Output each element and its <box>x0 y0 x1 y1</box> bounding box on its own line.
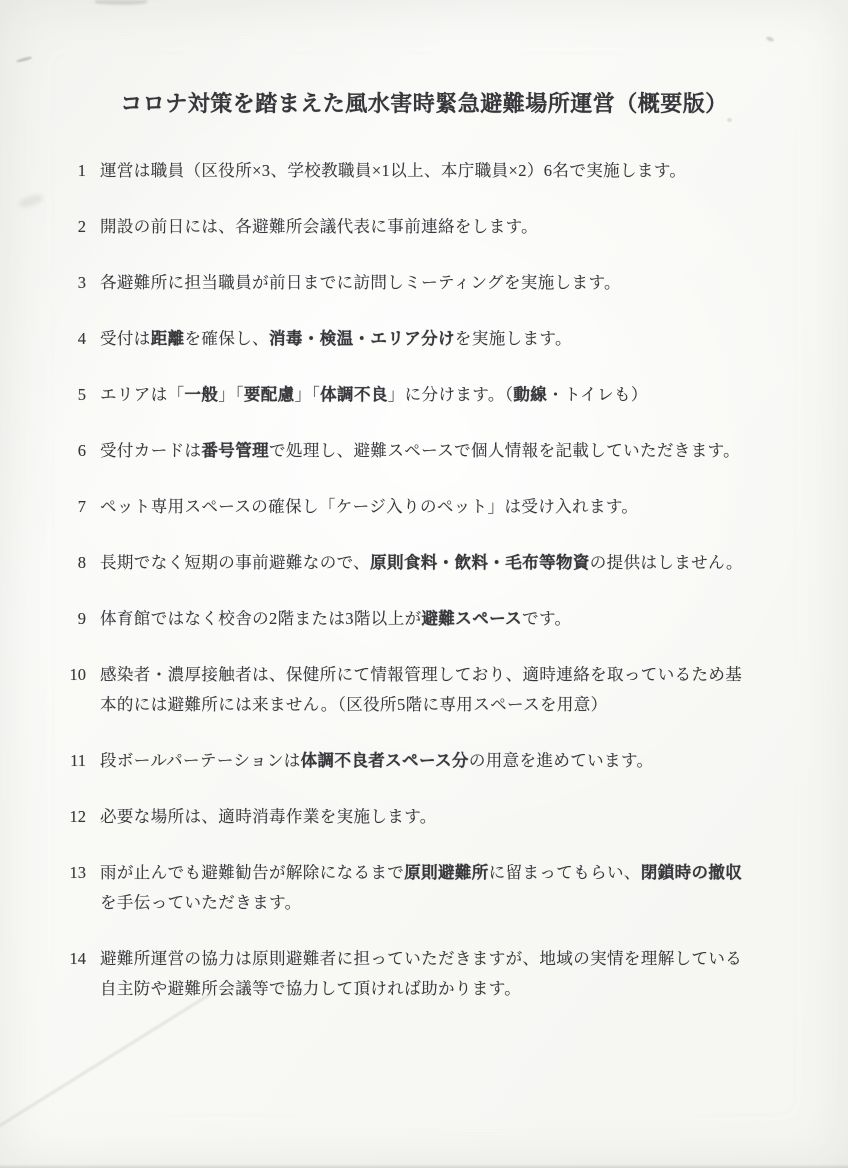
emphasized-text: 一般 <box>185 385 219 404</box>
item-number: 1 <box>60 156 86 186</box>
item-number: 13 <box>60 858 86 888</box>
text-segment: ・トイレも） <box>547 385 648 404</box>
scan-crease <box>0 993 211 1132</box>
item-text: 必要な場所は、適時消毒作業を実施します。 <box>100 802 758 832</box>
text-segment: です。 <box>522 609 571 628</box>
emphasized-text: 距離 <box>151 329 185 348</box>
item-text: 段ボールパーテーションは体調不良者スペース分の用意を進めています。 <box>100 746 758 776</box>
text-segment: 体育館ではなく校舎の2階または3階以上が <box>100 609 422 628</box>
text-segment: に留まってもらい、 <box>489 863 641 882</box>
item-list: 1運営は職員（区役所×3、学校教職員×1以上、本庁職員×2）6名で実施します。2… <box>0 156 848 1004</box>
text-segment: 受付は <box>100 329 151 348</box>
item-text: 雨が止んでも避難勧告が解除になるまで原則避難所に留まってもらい、閉鎖時の撤収を手… <box>100 858 758 918</box>
text-segment: 雨が止んでも避難勧告が解除になるまで <box>100 863 404 882</box>
list-item: 7ペット専用スペースの確保し「ケージ入りのペット」は受け入れます。 <box>60 492 848 522</box>
item-number: 4 <box>60 324 86 354</box>
list-item: 2開設の前日には、各避難所会議代表に事前連絡をします。 <box>60 212 848 242</box>
emphasized-text: 原則食料・飲料・毛布等物資 <box>370 553 590 572</box>
text-segment: の用意を進めています。 <box>469 751 654 770</box>
item-text: 開設の前日には、各避難所会議代表に事前連絡をします。 <box>100 212 758 242</box>
item-number: 5 <box>60 380 86 410</box>
text-segment: 受付カードは <box>100 441 201 460</box>
item-number: 9 <box>60 604 86 634</box>
item-number: 7 <box>60 492 86 522</box>
list-item: 5エリアは「一般」「要配慮」「体調不良」に分けます。（動線・トイレも） <box>60 380 848 410</box>
list-item: 9体育館ではなく校舎の2階または3階以上が避難スペースです。 <box>60 604 848 634</box>
item-number: 12 <box>60 802 86 832</box>
emphasized-text: 要配慮 <box>244 385 295 404</box>
text-segment: で処理し、避難スペースで個人情報を記載していただきます。 <box>269 441 740 460</box>
item-text: 避難所運営の協力は原則避難者に担っていただきますが、地域の実情を理解している自主… <box>100 944 758 1004</box>
item-text: 受付は距離を確保し、消毒・検温・エリア分けを実施します。 <box>100 324 758 354</box>
text-segment: を実施します。 <box>455 329 572 348</box>
item-number: 8 <box>60 548 86 578</box>
text-segment: 必要な場所は、適時消毒作業を実施します。 <box>100 807 437 826</box>
list-item: 1運営は職員（区役所×3、学校教職員×1以上、本庁職員×2）6名で実施します。 <box>60 156 848 186</box>
text-segment: 感染者・濃厚接触者は、保健所にて情報管理しており、適時連絡を取っているため基本的… <box>100 665 742 714</box>
item-text: 感染者・濃厚接触者は、保健所にて情報管理しており、適時連絡を取っているため基本的… <box>100 660 758 720</box>
item-number: 11 <box>60 746 86 776</box>
text-segment: を手伝っていただきます。 <box>100 893 301 912</box>
text-segment: 開設の前日には、各避難所会議代表に事前連絡をします。 <box>100 217 538 236</box>
item-text: 長期でなく短期の事前避難なので、原則食料・飲料・毛布等物資の提供はしません。 <box>100 548 758 578</box>
emphasized-text: 体調不良 <box>320 385 388 404</box>
text-segment: エリアは「 <box>100 385 185 404</box>
emphasized-text: 閉鎖時の撤収 <box>641 863 742 882</box>
list-item: 3各避難所に担当職員が前日までに訪問しミーティングを実施します。 <box>60 268 848 298</box>
text-segment: 避難所運営の協力は原則避難者に担っていただきますが、地域の実情を理解している自主… <box>100 949 742 998</box>
text-segment: 段ボールパーテーションは <box>100 751 301 770</box>
text-segment: 」に分けます。（ <box>388 385 514 404</box>
list-item: 12必要な場所は、適時消毒作業を実施します。 <box>60 802 848 832</box>
list-item: 13雨が止んでも避難勧告が解除になるまで原則避難所に留まってもらい、閉鎖時の撤収… <box>60 858 848 918</box>
list-item: 10感染者・濃厚接触者は、保健所にて情報管理しており、適時連絡を取っているため基… <box>60 660 848 720</box>
text-segment: 各避難所に担当職員が前日までに訪問しミーティングを実施します。 <box>100 273 621 292</box>
list-item: 11段ボールパーテーションは体調不良者スペース分の用意を進めています。 <box>60 746 848 776</box>
emphasized-text: 避難スペース <box>422 609 523 628</box>
item-number: 10 <box>60 660 86 690</box>
item-number: 2 <box>60 212 86 242</box>
list-item: 8長期でなく短期の事前避難なので、原則食料・飲料・毛布等物資の提供はしません。 <box>60 548 848 578</box>
list-item: 4受付は距離を確保し、消毒・検温・エリア分けを実施します。 <box>60 324 848 354</box>
item-number: 14 <box>60 944 86 974</box>
text-segment: 」「 <box>218 385 244 404</box>
item-text: 各避難所に担当職員が前日までに訪問しミーティングを実施します。 <box>100 268 758 298</box>
emphasized-text: 体調不良者スペース分 <box>301 751 469 770</box>
text-segment: ペット専用スペースの確保し「ケージ入りのペット」は受け入れます。 <box>100 497 638 516</box>
item-text: ペット専用スペースの確保し「ケージ入りのペット」は受け入れます。 <box>100 492 758 522</box>
item-text: 受付カードは番号管理で処理し、避難スペースで個人情報を記載していただきます。 <box>100 436 758 466</box>
emphasized-text: 原則避難所 <box>404 863 489 882</box>
text-segment: 長期でなく短期の事前避難なので、 <box>100 553 370 572</box>
emphasized-text: 消毒・検温・エリア分け <box>269 329 455 348</box>
text-segment: 」「 <box>295 385 321 404</box>
item-number: 6 <box>60 436 86 466</box>
scanned-document-page: コロナ対策を踏まえた風水害時緊急避難場所運営（概要版） 1運営は職員（区役所×3… <box>0 0 848 1168</box>
text-segment: を確保し、 <box>185 329 270 348</box>
text-segment: 運営は職員（区役所×3、学校教職員×1以上、本庁職員×2）6名で実施します。 <box>100 161 686 180</box>
item-text: 体育館ではなく校舎の2階または3階以上が避難スペースです。 <box>100 604 758 634</box>
item-number: 3 <box>60 268 86 298</box>
text-segment: の提供はしません。 <box>590 553 743 572</box>
emphasized-text: 番号管理 <box>201 441 269 460</box>
item-text: エリアは「一般」「要配慮」「体調不良」に分けます。（動線・トイレも） <box>100 380 758 410</box>
emphasized-text: 動線 <box>513 385 547 404</box>
list-item: 14避難所運営の協力は原則避難者に担っていただきますが、地域の実情を理解している… <box>60 944 848 1004</box>
item-text: 運営は職員（区役所×3、学校教職員×1以上、本庁職員×2）6名で実施します。 <box>100 156 758 186</box>
list-item: 6受付カードは番号管理で処理し、避難スペースで個人情報を記載していただきます。 <box>60 436 848 466</box>
document-title: コロナ対策を踏まえた風水害時緊急避難場所運営（概要版） <box>0 0 848 120</box>
